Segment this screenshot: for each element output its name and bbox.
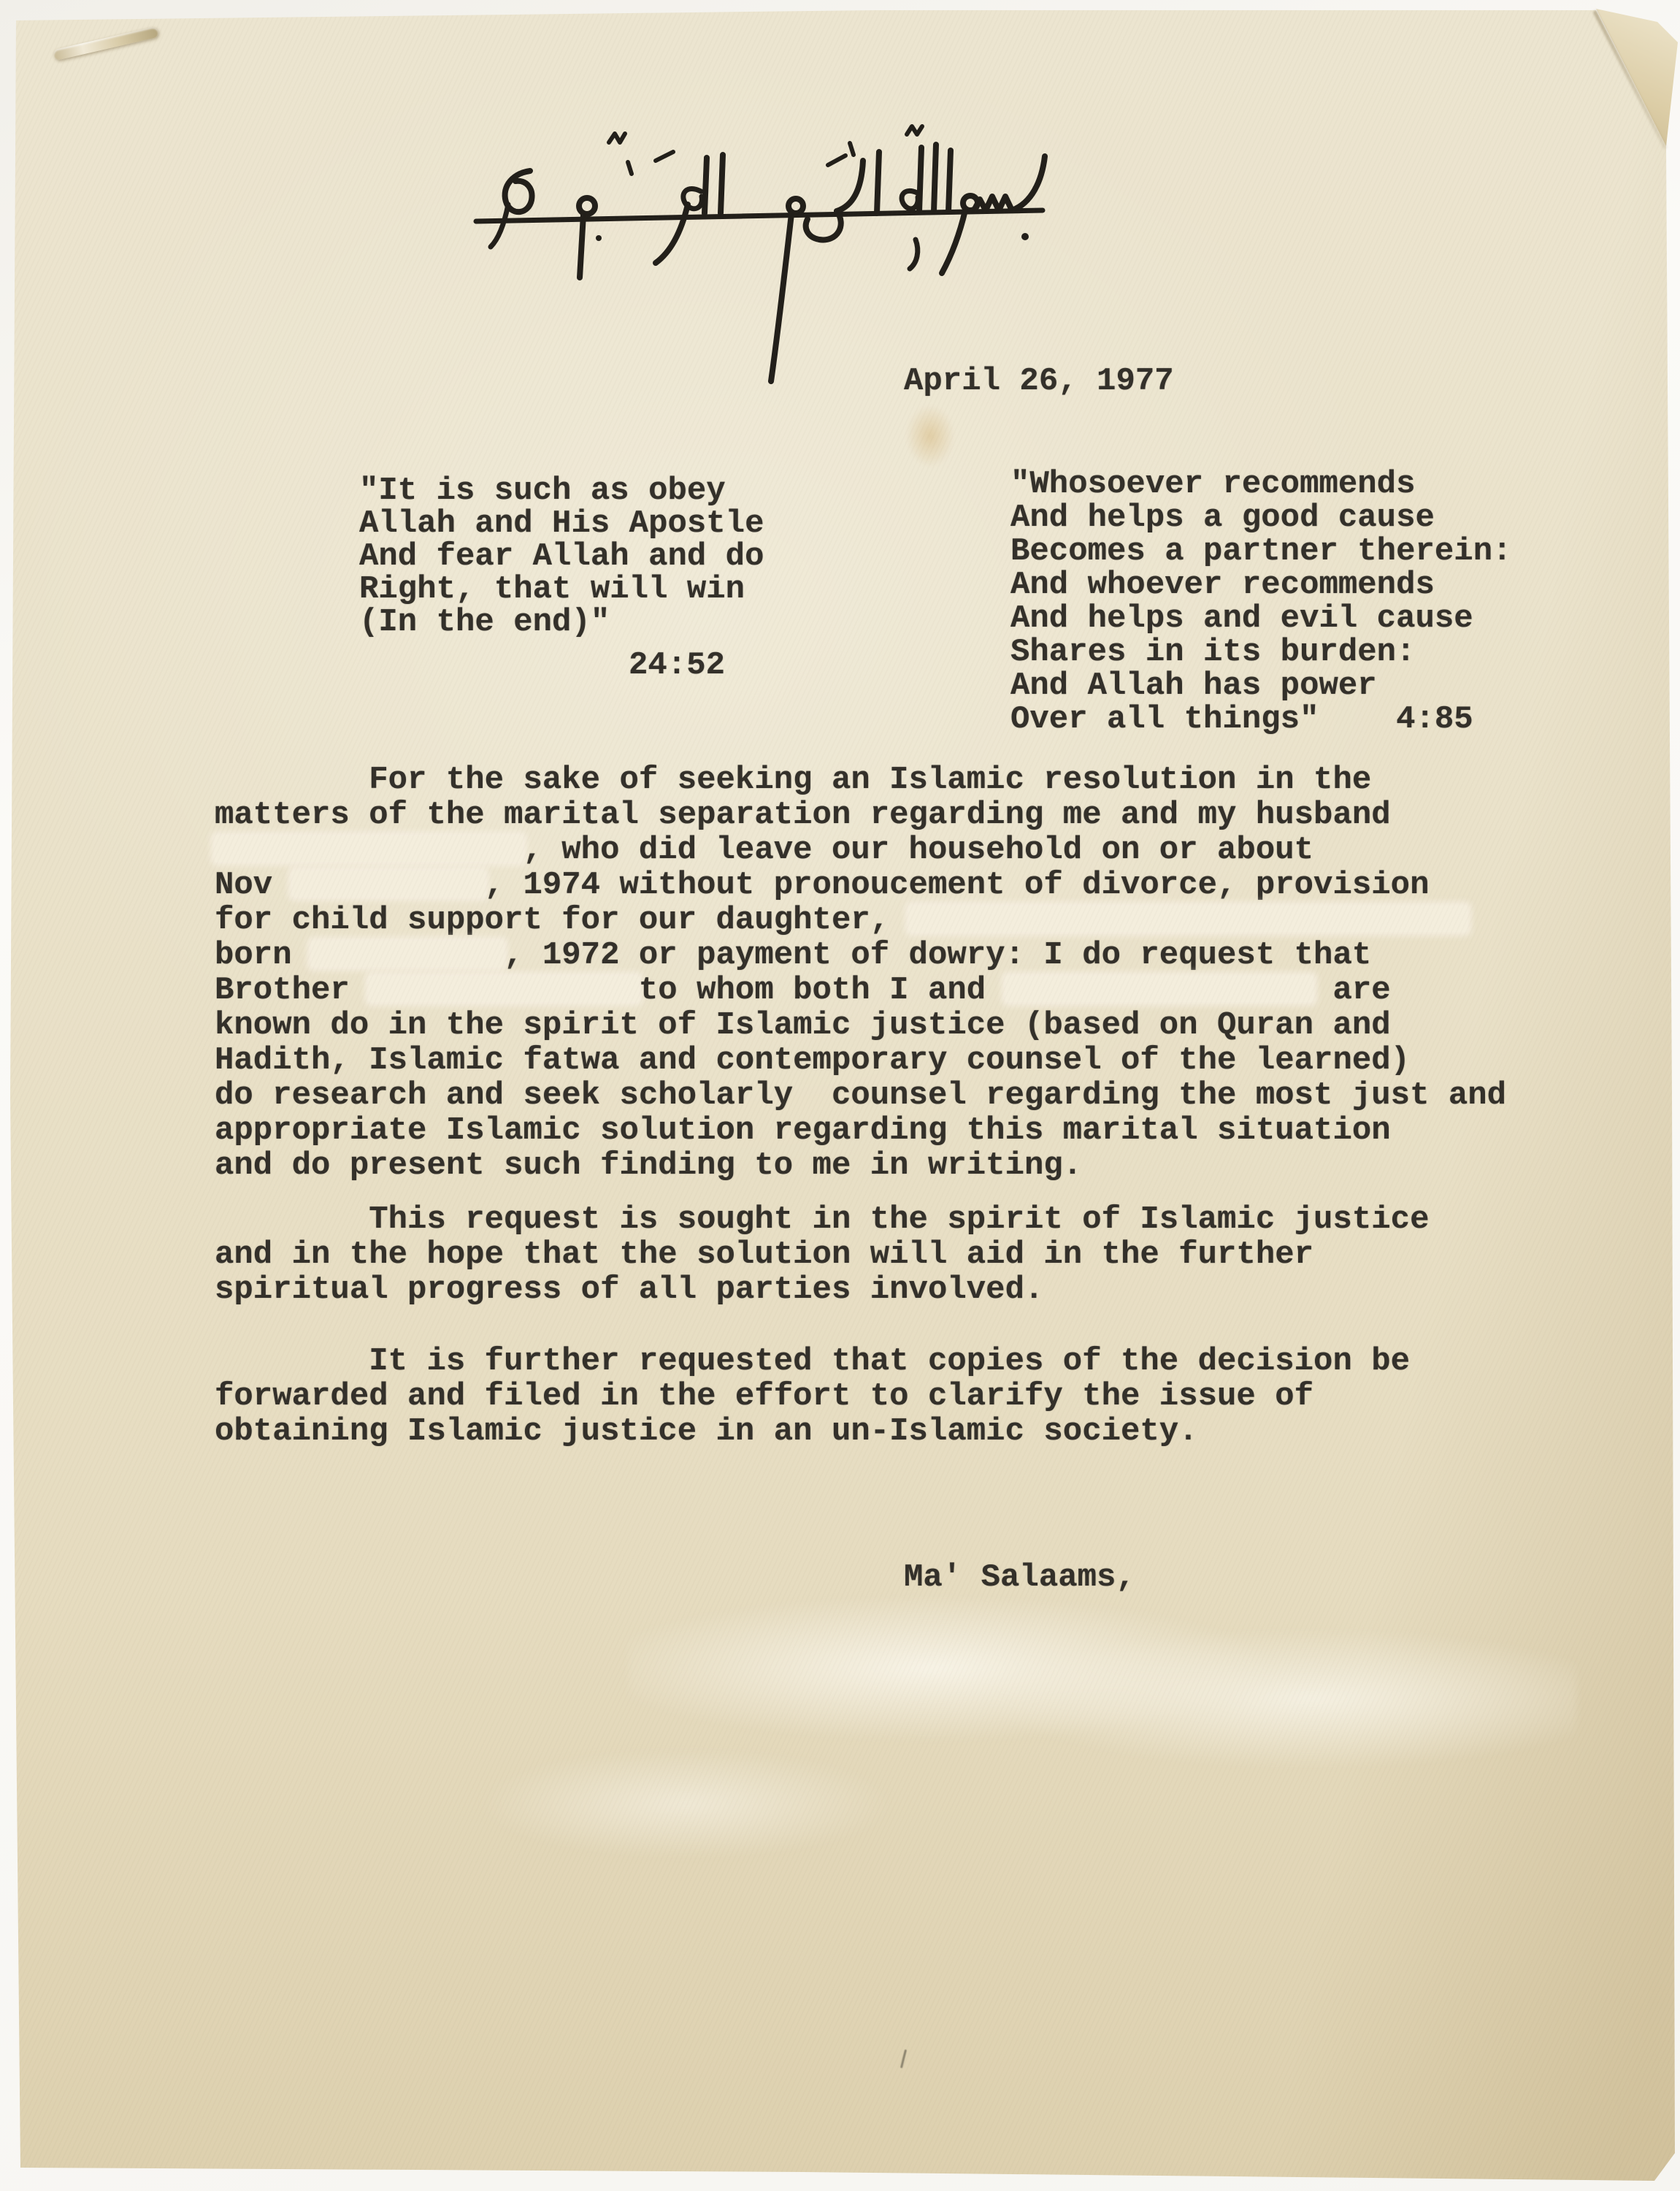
quote-line: "Whosoever recommends xyxy=(1010,467,1512,501)
stray-pen-mark xyxy=(900,2049,907,2068)
quote-line: And helps and evil cause xyxy=(1010,602,1512,635)
bismillah-calligraphy-icon xyxy=(437,118,1065,396)
letter-text: , who did leave our household on or abou… xyxy=(523,832,1313,868)
letter-text: This request is sought in the spirit of … xyxy=(215,1201,1429,1238)
date-text: April 26, 1977 xyxy=(904,364,1174,399)
quote-line: Shares in its burden: xyxy=(1010,635,1512,669)
letter-line: Nov , 1974 without pronoucement of divor… xyxy=(215,868,1506,903)
quote-line: And whoever recommends xyxy=(1010,568,1512,602)
paragraph: It is further requested that copies of t… xyxy=(215,1344,1506,1449)
letter-line: spiritual progress of all parties involv… xyxy=(215,1272,1506,1307)
letter-line: It is further requested that copies of t… xyxy=(215,1344,1506,1379)
letter-body: For the sake of seeking an Islamic resol… xyxy=(215,762,1506,1449)
letter-line: Hadith, Islamic fatwa and contemporary c… xyxy=(215,1043,1506,1078)
quote-block-24-52: "It is such as obeyAllah and His Apostle… xyxy=(359,475,764,682)
redaction-patch xyxy=(215,836,523,862)
quote-lines: "It is such as obeyAllah and His Apostle… xyxy=(359,475,764,639)
letter-text: Brother xyxy=(215,972,369,1009)
quote-line: "It is such as obey xyxy=(359,475,764,508)
letter-line: forwarded and filed in the effort to cla… xyxy=(215,1379,1506,1414)
letter-line: appropriate Islamic solution regarding t… xyxy=(215,1113,1506,1148)
age-stain xyxy=(897,393,964,479)
letter-line: Brother to whom both I and are xyxy=(215,973,1506,1008)
redaction-patch xyxy=(311,941,504,967)
letter-text: matters of the marital separation regard… xyxy=(215,797,1391,833)
letter-line: do research and seek scholarly counsel r… xyxy=(215,1078,1506,1113)
quote-reference: 24:52 xyxy=(359,649,764,682)
letter-text: Nov xyxy=(215,867,292,903)
redaction-patch xyxy=(909,906,1468,932)
letter-text: for child support for our daughter, xyxy=(215,902,909,938)
paper-sheet: April 26, 1977 "It is such as obeyAllah … xyxy=(0,0,1680,2191)
letter-text: spiritual progress of all parties involv… xyxy=(215,1272,1043,1308)
quote-line: Over all things" 4:85 xyxy=(1010,703,1512,736)
letter-text: Hadith, Islamic fatwa and contemporary c… xyxy=(215,1042,1410,1079)
redaction-patch xyxy=(292,871,485,897)
letter-text: , 1972 or payment of dowry: I do request… xyxy=(504,937,1371,974)
letter-text: forwarded and filed in the effort to cla… xyxy=(215,1378,1313,1415)
quote-line: (In the end)" xyxy=(359,606,764,639)
letter-line: For the sake of seeking an Islamic resol… xyxy=(215,762,1506,798)
letter-text: For the sake of seeking an Islamic resol… xyxy=(215,762,1371,798)
quote-line: Allah and His Apostle xyxy=(359,508,764,540)
letter-line: and do present such finding to me in wri… xyxy=(215,1148,1506,1183)
quote-line: And fear Allah and do xyxy=(359,540,764,573)
letter-text: do research and seek scholarly counsel r… xyxy=(215,1077,1506,1114)
letter-text: born xyxy=(215,937,311,974)
letter-text: and do present such finding to me in wri… xyxy=(215,1147,1082,1184)
paragraph: This request is sought in the spirit of … xyxy=(215,1202,1506,1307)
paragraph: For the sake of seeking an Islamic resol… xyxy=(215,762,1506,1183)
letter-text: obtaining Islamic justice in an un-Islam… xyxy=(215,1413,1198,1450)
letter-date: April 26, 1977 xyxy=(904,364,1174,399)
quote-line: Right, that will win xyxy=(359,573,764,606)
letter-line: for child support for our daughter, xyxy=(215,903,1506,938)
letter-line: born , 1972 or payment of dowry: I do re… xyxy=(215,938,1506,973)
letter-line: and in the hope that the solution will a… xyxy=(215,1237,1506,1272)
quote-line: Becomes a partner therein: xyxy=(1010,535,1512,568)
letter-line: This request is sought in the spirit of … xyxy=(215,1202,1506,1237)
letter-text: , 1974 without pronoucement of divorce, … xyxy=(485,867,1430,903)
whiteout-smudge xyxy=(409,1724,964,1884)
letter-line: known do in the spirit of Islamic justic… xyxy=(215,1008,1506,1043)
quote-line: And Allah has power xyxy=(1010,669,1512,703)
redaction-patch xyxy=(1005,976,1313,1002)
scanned-letter: April 26, 1977 "It is such as obeyAllah … xyxy=(0,0,1680,2191)
letter-text: appropriate Islamic solution regarding t… xyxy=(215,1112,1391,1149)
letter-text: to whom both I and xyxy=(639,972,1005,1009)
letter-text: are xyxy=(1313,972,1391,1009)
letter-text: It is further requested that copies of t… xyxy=(215,1343,1410,1380)
quote-line: And helps a good cause xyxy=(1010,501,1512,535)
letter-text: and in the hope that the solution will a… xyxy=(215,1236,1313,1273)
redaction-patch xyxy=(369,976,639,1002)
letter-line: obtaining Islamic justice in an un-Islam… xyxy=(215,1414,1506,1449)
quote-block-4-85: "Whosoever recommendsAnd helps a good ca… xyxy=(1010,467,1512,736)
letter-line: matters of the marital separation regard… xyxy=(215,798,1506,833)
quote-lines: "Whosoever recommendsAnd helps a good ca… xyxy=(1010,467,1512,736)
letter-text: known do in the spirit of Islamic justic… xyxy=(215,1007,1391,1044)
letter-line: , who did leave our household on or abou… xyxy=(215,833,1506,868)
